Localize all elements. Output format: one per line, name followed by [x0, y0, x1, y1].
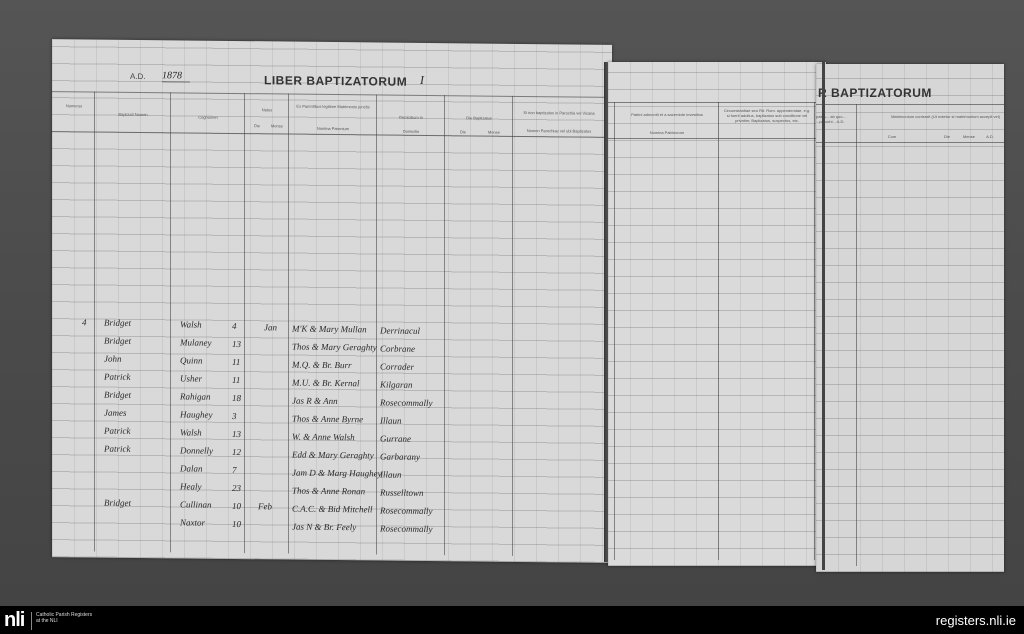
site-link[interactable]: registers.nli.ie — [936, 613, 1016, 628]
header-nomina-patrinorum: Nomina Patrinorum — [618, 130, 716, 135]
subheader-die: Die — [940, 134, 954, 139]
register-middle-page: Patrini admoniti et a sacerdote investit… — [608, 62, 826, 566]
header-numerus: Numerus — [56, 103, 92, 108]
header-baptizatus-mense: Mense — [478, 130, 510, 135]
volume-number: I — [420, 73, 424, 88]
entry-parents: C.A.C. & Bid Mitchell — [292, 504, 373, 515]
entry-abode: Rosecommally — [380, 506, 432, 517]
entry-parents: Thos & Mary Geraghty — [292, 342, 377, 353]
entry-name: James — [104, 408, 127, 418]
entry-name: Patrick — [104, 372, 131, 382]
subheader-ad: A.D. — [982, 134, 998, 139]
entry-parents: M.Q. & Br. Burr — [292, 360, 352, 371]
entry-day: 3 — [232, 411, 237, 421]
page-fold — [822, 62, 825, 570]
entry-abode: Russelltown — [380, 488, 424, 498]
entry-parents: M.U. & Br. Kernal — [292, 378, 360, 389]
entry-day: 23 — [232, 483, 241, 493]
entry-name: Bridget — [104, 336, 131, 346]
register-title: LIBER BAPTIZATORUM — [264, 73, 407, 88]
entry-day: 10 — [232, 519, 241, 529]
entry-name: Bridget — [104, 390, 131, 400]
entry-parents: Thos & Anne Ronan — [292, 486, 365, 497]
entry-abode: Kilgaran — [380, 380, 413, 390]
entry-abode: Illaun — [380, 470, 402, 480]
entry-parents: M'K & Mary Mullan — [292, 324, 367, 335]
entry-day: 11 — [232, 357, 240, 367]
entry-surname: Quinn — [180, 355, 203, 365]
entry-abode: Garbarany — [380, 452, 420, 462]
header-domicilium: Domicilium in — [380, 115, 442, 121]
right-page-title: R BAPTIZATORUM — [818, 86, 932, 100]
logo-divider — [31, 612, 32, 630]
entry-number: 4 — [82, 317, 87, 327]
image-viewer[interactable]: A.D. 1878 LIBER BAPTIZATORUM I Numerus B… — [0, 0, 1024, 606]
header-nomen-parochiae: Nomen Parochiae vel ubi Baptizatus — [516, 128, 602, 134]
header-parochia: Si non baptizatus in Parochia vel Vicari… — [516, 110, 602, 116]
header-natus: Natus — [248, 107, 286, 112]
header-baptizatus: Die Baptizatus — [448, 115, 510, 121]
entry-surname: Dalan — [180, 463, 203, 473]
header-nomina-parentum: Nomina Parentum — [292, 126, 374, 132]
header-natus-die: Die — [248, 123, 266, 128]
entry-abode: Illaun — [380, 416, 402, 426]
entry-surname: Donnelly — [180, 445, 213, 455]
header-parentes: Ex Parentibus legitime Matrimonio juncti… — [292, 104, 374, 110]
entry-parents: Jas R & Ann — [292, 396, 338, 406]
entry-name: Patrick — [104, 426, 131, 436]
header-baptizati-nomen: Baptizati Nomen — [98, 112, 168, 118]
entry-surname: Haughey — [180, 409, 213, 419]
entry-abode: Derrinacul — [380, 326, 420, 336]
footer-bar: nli Catholic Parish Registers at the NLI… — [0, 606, 1024, 634]
header-patrini: Patrini admoniti et a sacerdote investit… — [618, 112, 716, 117]
entry-surname: Cullinan — [180, 499, 212, 509]
entry-abode: Gurrane — [380, 434, 411, 444]
year-prefix: A.D. — [130, 72, 146, 81]
header-natus-mense: Mense — [266, 123, 288, 128]
header-matrimonium: Matrimonium contraxit (Ut notetur si mat… — [860, 114, 1000, 119]
entry-day: 13 — [232, 339, 241, 349]
register-right-page: R BAPTIZATORUM patris... ab quo... ...pa… — [816, 64, 1004, 572]
subheader-cum: Cum — [882, 134, 902, 139]
entry-name: John — [104, 354, 122, 364]
entry-month: Feb — [258, 501, 272, 511]
entry-month: Jan — [264, 322, 277, 332]
header-cognomen: Cognomen — [174, 114, 242, 120]
entry-name: Bridget — [104, 318, 131, 328]
entry-parents: Edd & Mary Geraghty — [292, 450, 374, 461]
header-baptizatus-die: Die — [448, 129, 478, 134]
entry-surname: Walsh — [180, 319, 202, 329]
register-left-page: A.D. 1878 LIBER BAPTIZATORUM I Numerus B… — [52, 39, 612, 563]
nli-logo[interactable]: nli — [4, 609, 24, 631]
subheader-mense: Mense — [960, 134, 978, 139]
logo-caption: Catholic Parish Registers at the NLI — [36, 612, 96, 624]
header-domicilio: Domicilio — [380, 129, 442, 135]
entry-parents: Jam D & Marg Haughey — [292, 468, 382, 479]
entry-day: 7 — [232, 465, 237, 475]
entry-surname: Usher — [180, 373, 202, 383]
entry-parents: W. & Anne Walsh — [292, 432, 355, 443]
entry-surname: Naxtor — [180, 517, 205, 527]
header-circumstantiae: Circumstantiae seu Rit. Rom. appendendae… — [722, 108, 812, 123]
entry-abode: Rosecommally — [380, 524, 432, 535]
entry-name: Patrick — [104, 444, 131, 454]
entry-day: 18 — [232, 393, 241, 403]
entry-day: 13 — [232, 429, 241, 439]
entry-day: 4 — [232, 321, 237, 331]
entry-abode: Corrader — [380, 362, 414, 372]
entry-parents: Thos & Anne Byrne — [292, 414, 363, 425]
entry-day: 10 — [232, 501, 241, 511]
entry-name: Bridget — [104, 498, 131, 508]
entry-abode: Corbrane — [380, 344, 415, 354]
year: 1878 — [162, 70, 190, 82]
entry-surname: Walsh — [180, 427, 202, 437]
entry-day: 12 — [232, 447, 241, 457]
entry-surname: Healy — [180, 481, 202, 491]
entry-surname: Rahigan — [180, 391, 211, 401]
entry-day: 11 — [232, 375, 240, 385]
entry-abode: Rosecommally — [380, 398, 432, 409]
entry-parents: Jas N & Br. Feely — [292, 522, 356, 533]
entry-surname: Mulaney — [180, 337, 212, 347]
